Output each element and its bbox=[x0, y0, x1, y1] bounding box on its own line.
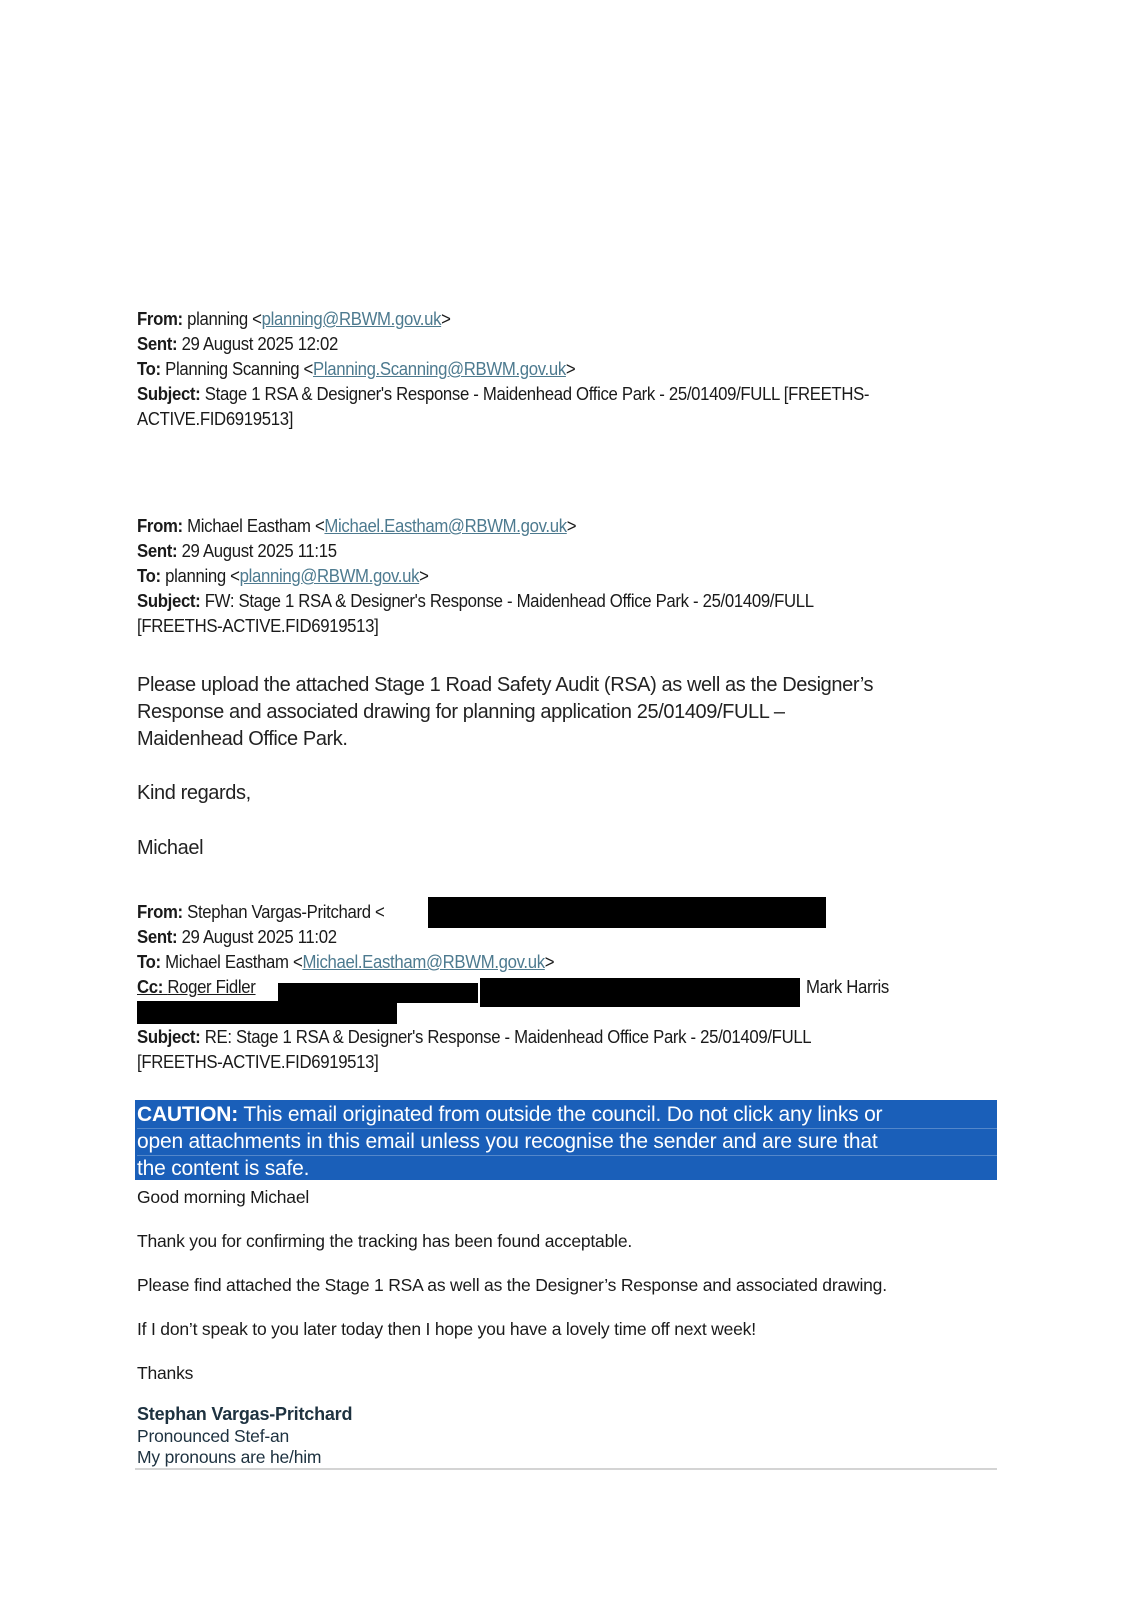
body-line: Please upload the attached Stage 1 Road … bbox=[137, 672, 873, 699]
sent-value: 29 August 2025 11:02 bbox=[182, 927, 337, 947]
signature-divider bbox=[135, 1468, 997, 1470]
bracket: > bbox=[566, 359, 575, 379]
signature-pronouns: My pronouns are he/him bbox=[137, 1447, 321, 1468]
thanks: Thanks bbox=[137, 1363, 193, 1384]
sent-label: Sent: bbox=[137, 334, 177, 354]
to-name: Michael Eastham < bbox=[165, 952, 302, 972]
sent-value: 29 August 2025 11:15 bbox=[182, 541, 337, 561]
bracket: > bbox=[545, 952, 554, 972]
sent-row: Sent: 29 August 2025 11:15 bbox=[137, 539, 814, 564]
to-email-link[interactable]: planning@RBWM.gov.uk bbox=[240, 566, 420, 586]
cc-label: Cc: bbox=[137, 977, 163, 997]
to-label: To: bbox=[137, 952, 161, 972]
from-name: Stephan Vargas-Pritchard < bbox=[187, 902, 384, 922]
subject-row-cont: [FREETHS-ACTIVE.FID6919513] bbox=[137, 614, 814, 639]
subject-row-cont: ACTIVE.FID6919513] bbox=[137, 407, 869, 432]
caution-banner: CAUTION: This email originated from outs… bbox=[135, 1100, 997, 1180]
bracket: > bbox=[567, 516, 576, 536]
to-row: To: Michael Eastham <Michael.Eastham@RBW… bbox=[137, 950, 811, 975]
caution-line: CAUTION: This email originated from outs… bbox=[137, 1102, 997, 1129]
subject-label: Subject: bbox=[137, 384, 200, 404]
greeting: Good morning Michael bbox=[137, 1187, 309, 1208]
to-row: To: planning <planning@RBWM.gov.uk> bbox=[137, 564, 814, 589]
body-paragraph: Please find attached the Stage 1 RSA as … bbox=[137, 1275, 887, 1296]
sent-row: Sent: 29 August 2025 12:02 bbox=[137, 332, 869, 357]
subject-row: Subject: RE: Stage 1 RSA & Designer's Re… bbox=[137, 1025, 811, 1050]
from-email-link[interactable]: Michael.Eastham@RBWM.gov.uk bbox=[324, 516, 566, 536]
caution-label: CAUTION: bbox=[137, 1103, 238, 1126]
cc-name-2: Mark Harris bbox=[806, 975, 889, 1000]
sent-value: 29 August 2025 12:02 bbox=[182, 334, 338, 354]
from-label: From: bbox=[137, 309, 183, 329]
from-row: From: Michael Eastham <Michael.Eastham@R… bbox=[137, 514, 814, 539]
to-label: To: bbox=[137, 359, 161, 379]
from-label: From: bbox=[137, 516, 183, 536]
to-email-link[interactable]: Michael.Eastham@RBWM.gov.uk bbox=[302, 952, 544, 972]
redaction-cc-2 bbox=[480, 978, 800, 1007]
subject-value: FW: Stage 1 RSA & Designer's Response - … bbox=[205, 591, 814, 611]
subject-row: Subject: Stage 1 RSA & Designer's Respon… bbox=[137, 382, 869, 407]
body-paragraph: If I don’t speak to you later today then… bbox=[137, 1319, 756, 1340]
subject-label: Subject: bbox=[137, 591, 200, 611]
redaction-cc-3 bbox=[137, 1001, 397, 1024]
closing: Kind regards, bbox=[137, 780, 251, 807]
caution-text: This email originated from outside the c… bbox=[238, 1103, 882, 1126]
subject-row: Subject: FW: Stage 1 RSA & Designer's Re… bbox=[137, 589, 814, 614]
subject-value: Stage 1 RSA & Designer's Response - Maid… bbox=[205, 384, 869, 404]
sent-label: Sent: bbox=[137, 927, 177, 947]
from-label: From: bbox=[137, 902, 183, 922]
subject-label: Subject: bbox=[137, 1027, 200, 1047]
from-name: planning < bbox=[187, 309, 261, 329]
sent-label: Sent: bbox=[137, 541, 177, 561]
signoff: Michael bbox=[137, 835, 203, 862]
body-line: Maidenhead Office Park. bbox=[137, 726, 873, 753]
signature-pronunciation: Pronounced Stef-an bbox=[137, 1426, 289, 1447]
to-email-link[interactable]: Planning.Scanning@RBWM.gov.uk bbox=[313, 359, 566, 379]
bracket: > bbox=[441, 309, 450, 329]
email-document: From: planning <planning@RBWM.gov.uk> Se… bbox=[0, 0, 1130, 1600]
from-name: Michael Eastham < bbox=[187, 516, 324, 536]
from-email-link[interactable]: planning@RBWM.gov.uk bbox=[262, 309, 442, 329]
to-name: planning < bbox=[165, 566, 239, 586]
subject-value: RE: Stage 1 RSA & Designer's Response - … bbox=[205, 1027, 812, 1047]
email-header-2: From: Michael Eastham <Michael.Eastham@R… bbox=[137, 514, 814, 639]
body-paragraph: Thank you for confirming the tracking ha… bbox=[137, 1231, 632, 1252]
body-line: Response and associated drawing for plan… bbox=[137, 699, 873, 726]
caution-line: the content is safe. bbox=[137, 1156, 997, 1182]
to-row: To: Planning Scanning <Planning.Scanning… bbox=[137, 357, 869, 382]
bracket: > bbox=[419, 566, 428, 586]
redaction-cc-1 bbox=[278, 983, 478, 1003]
signature-name: Stephan Vargas-Pritchard bbox=[137, 1404, 352, 1425]
to-name: Planning Scanning < bbox=[165, 359, 313, 379]
email-header-1: From: planning <planning@RBWM.gov.uk> Se… bbox=[137, 307, 869, 432]
redaction-from-email bbox=[428, 897, 826, 928]
caution-line: open attachments in this email unless yo… bbox=[137, 1129, 997, 1156]
email-body-2: Please upload the attached Stage 1 Road … bbox=[137, 672, 873, 753]
subject-row-cont: [FREETHS-ACTIVE.FID6919513] bbox=[137, 1050, 811, 1075]
sent-row: Sent: 29 August 2025 11:02 bbox=[137, 925, 811, 950]
from-row: From: planning <planning@RBWM.gov.uk> bbox=[137, 307, 869, 332]
cc-name: Roger Fidler bbox=[167, 977, 255, 997]
to-label: To: bbox=[137, 566, 161, 586]
